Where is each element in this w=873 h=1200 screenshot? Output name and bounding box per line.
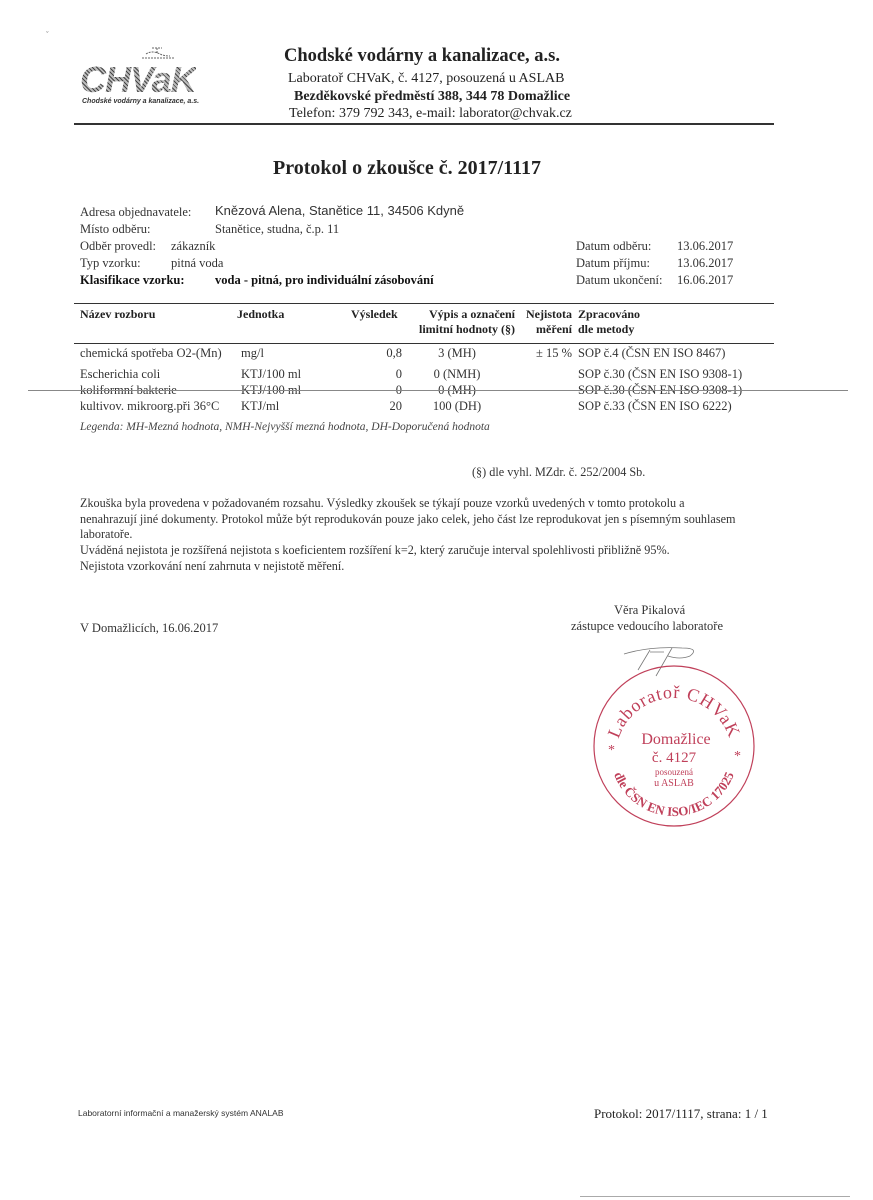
header-divider bbox=[74, 123, 774, 125]
uncertainty-note: Uváděná nejistota je rozšířená nejistota… bbox=[80, 543, 670, 558]
orderer-value: Knězová Alena, Stanětice 11, 34506 Kdyně bbox=[215, 203, 464, 218]
signatory-name: Věra Pikalová bbox=[614, 603, 685, 618]
cell-analysis-name: chemická spotřeba O2-(Mn) bbox=[80, 346, 222, 361]
logo-wordmark: CHVaK bbox=[80, 62, 196, 98]
company-contact: Telefon: 379 792 343, e-mail: laborator@… bbox=[289, 106, 572, 122]
decree-note: (§) dle vyhl. MZdr. č. 252/2004 Sb. bbox=[472, 465, 645, 480]
sample-type-label: Typ vzorku: bbox=[80, 256, 141, 271]
cell-result: 20 bbox=[340, 399, 402, 414]
classification-label: Klasifikace vzorku: bbox=[80, 273, 185, 288]
cell-limit: 0 (NMH) bbox=[412, 367, 502, 382]
svg-text:Domažlice: Domažlice bbox=[641, 731, 710, 748]
cell-analysis-name: Escherichia coli bbox=[80, 367, 160, 382]
scan-mark: ˇ bbox=[46, 30, 49, 39]
cell-unit: KTJ/ml bbox=[241, 399, 279, 414]
company-name: Chodské vodárny a kanalizace, a.s. bbox=[284, 46, 560, 67]
col-header-unit: Jednotka bbox=[237, 307, 284, 322]
place-and-date: V Domažlicích, 16.06.2017 bbox=[80, 621, 218, 636]
date-completed-label: Datum ukončení: bbox=[576, 273, 662, 288]
cell-limit: 3 (MH) bbox=[412, 346, 502, 361]
cell-limit: 100 (DH) bbox=[412, 399, 502, 414]
signatory-role: zástupce vedoucího laboratoře bbox=[571, 619, 723, 634]
sampler-value: zákazník bbox=[171, 239, 215, 254]
footer-system-name: Laboratorní informační a manažerský syst… bbox=[78, 1108, 284, 1118]
cell-method: SOP č.4 (ČSN EN ISO 8467) bbox=[578, 346, 725, 361]
sample-type-value: pitná voda bbox=[171, 256, 223, 271]
laboratory-stamp-icon: Laboratoř CHVaK dle ČSN EN ISO/IEC 17025… bbox=[588, 660, 760, 832]
page-edge-line bbox=[580, 1196, 850, 1197]
site-label: Místo odběru: bbox=[80, 222, 150, 237]
date-sampling-label: Datum odběru: bbox=[576, 239, 651, 254]
footer-page-info: Protokol: 2017/1117, strana: 1 / 1 bbox=[594, 1106, 768, 1122]
col-header-method-2: dle metody bbox=[578, 322, 634, 337]
statement-line-1: Zkouška byla provedena v požadovaném roz… bbox=[80, 496, 685, 511]
col-header-limit-2: limitní hodnoty (§) bbox=[412, 322, 515, 337]
date-completed-value: 16.06.2017 bbox=[677, 273, 733, 288]
svg-text:u ASLAB: u ASLAB bbox=[654, 778, 694, 789]
svg-text:*: * bbox=[608, 743, 615, 758]
cell-result: 0,8 bbox=[340, 346, 402, 361]
svg-text:*: * bbox=[734, 749, 741, 764]
site-value: Stanětice, studna, č.p. 11 bbox=[215, 222, 339, 237]
cell-result: 0 bbox=[340, 367, 402, 382]
strikethrough-line bbox=[28, 390, 848, 391]
cell-method: SOP č.30 (ČSN EN ISO 9308-1) bbox=[578, 367, 742, 382]
cell-method: SOP č.33 (ČSN EN ISO 6222) bbox=[578, 399, 732, 414]
logo-subtitle: Chodské vodárny a kanalizace, a.s. bbox=[82, 98, 199, 105]
orderer-label: Adresa objednavatele: bbox=[80, 205, 191, 220]
statement-line-3: laboratoře. bbox=[80, 527, 132, 542]
cell-uncertainty: ± 15 % bbox=[520, 346, 572, 361]
date-sampling-value: 13.06.2017 bbox=[677, 239, 733, 254]
cell-unit: mg/l bbox=[241, 346, 264, 361]
col-header-limit-1: Výpis a označení bbox=[412, 307, 515, 322]
document-title: Protokol o zkoušce č. 2017/1117 bbox=[273, 157, 541, 180]
classification-value: voda - pitná, pro individuální zásobován… bbox=[215, 273, 434, 288]
lab-accreditation-line: Laboratoř CHVaK, č. 4127, posouzená u AS… bbox=[288, 71, 564, 87]
col-header-name: Název rozboru bbox=[80, 307, 155, 322]
svg-text:č. 4127: č. 4127 bbox=[652, 750, 697, 766]
col-header-uncertainty-1: Nejistota bbox=[520, 307, 572, 322]
sampler-label: Odběr provedl: bbox=[80, 239, 156, 254]
table-header-rule bbox=[74, 343, 774, 344]
cell-analysis-name: kultivov. mikroorg.při 36°C bbox=[80, 399, 219, 414]
svg-text:posouzená: posouzená bbox=[655, 767, 693, 777]
sampling-uncertainty-note: Nejistota vzorkování není zahrnuta v nej… bbox=[80, 559, 344, 574]
col-header-uncertainty-2: měření bbox=[520, 322, 572, 337]
statement-line-2: nenahrazují jiné dokumenty. Protokol můž… bbox=[80, 512, 735, 527]
company-address: Bezděkovské předměstí 388, 344 78 Domažl… bbox=[294, 89, 570, 105]
col-header-result: Výsledek bbox=[351, 307, 398, 322]
table-top-rule bbox=[74, 303, 774, 304]
date-received-label: Datum příjmu: bbox=[576, 256, 650, 271]
col-header-method-1: Zpracováno bbox=[578, 307, 640, 322]
legend-text: Legenda: MH-Mezná hodnota, NMH-Nejvyšší … bbox=[80, 421, 490, 433]
company-logo: CHVaK Chodské vodárny a kanalizace, a.s. bbox=[76, 44, 216, 106]
date-received-value: 13.06.2017 bbox=[677, 256, 733, 271]
cell-unit: KTJ/100 ml bbox=[241, 367, 301, 382]
